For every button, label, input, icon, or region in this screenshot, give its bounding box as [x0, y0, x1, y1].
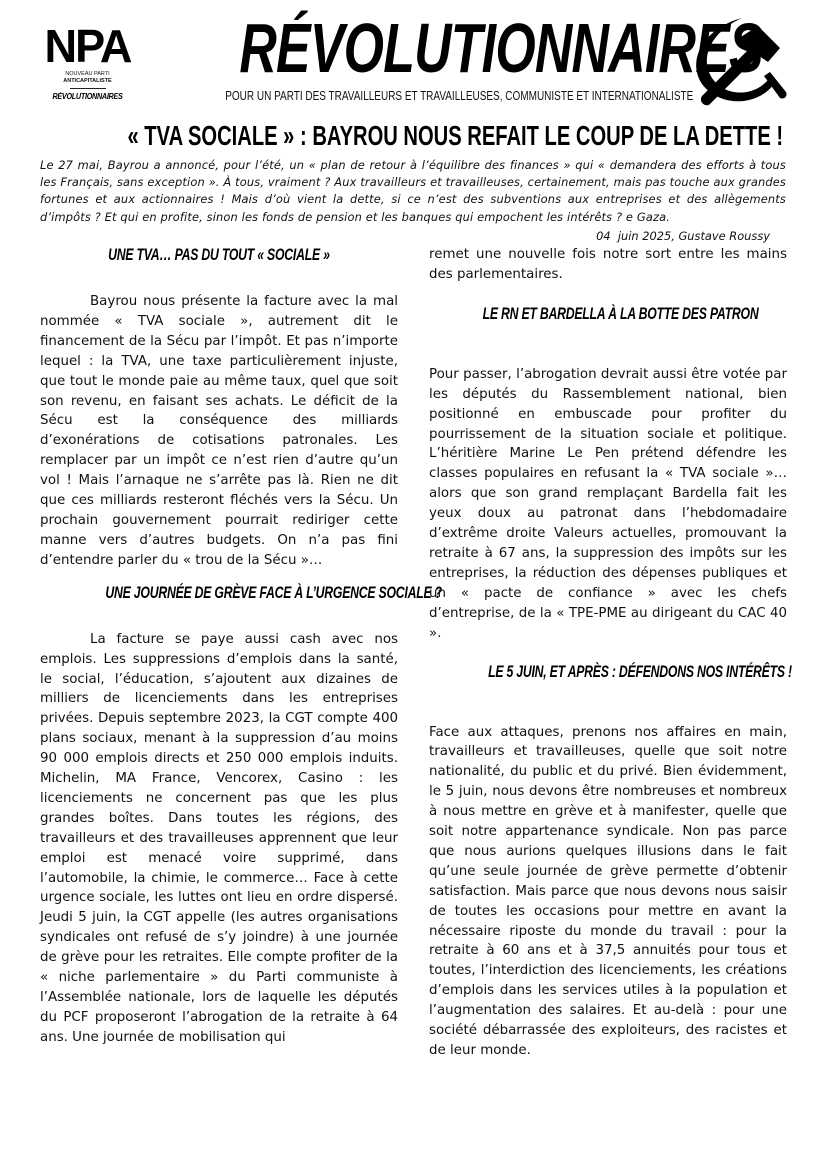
npa-logo: NPA NOUVEAU PARTI ANTICAPITALISTE RÉVOLU…: [40, 24, 135, 102]
article-headline: « TVA SOCIALE » : BAYROU NOUS REFAIT LE …: [0, 120, 826, 152]
section-body-continued: remet une nouvelle fois notre sort entre…: [429, 245, 787, 285]
logo-line-3: RÉVOLUTIONNAIRES: [45, 92, 131, 102]
masthead: RÉVOLUTIONNAIRES POUR UN PARTI DES TRAVA…: [178, 10, 650, 104]
logo-divider: [70, 88, 106, 89]
section-body: Face aux attaques, prenons nos affaires …: [429, 723, 787, 1061]
masthead-subtitle: POUR UN PARTI DES TRAVAILLEURS ET TRAVAI…: [225, 88, 603, 104]
dateline: 04 juin 2025, Gustave Roussy: [450, 228, 770, 245]
section-title: LE RN ET BARDELLA À LA BOTTE DES PATRON: [429, 302, 787, 332]
headline-text: « TVA SOCIALE » : BAYROU NOUS REFAIT LE …: [127, 120, 783, 152]
logo-line-1: NOUVEAU PARTI: [40, 71, 135, 78]
masthead-title: RÉVOLUTIONNAIRES: [239, 10, 588, 86]
section-title: UNE TVA… PAS DU TOUT « SOCIALE »: [40, 243, 398, 273]
right-column: remet une nouvelle fois notre sort entre…: [429, 245, 787, 1061]
logo-acronym: NPA: [41, 24, 134, 68]
section-body: Pour passer, l’abrogation devrait aussi …: [429, 365, 787, 644]
hammer-and-sickle-icon: [690, 14, 790, 106]
article-lede: Le 27 mai, Bayrou a annoncé, pour l’été,…: [40, 157, 786, 226]
section-title: LE 5 JUIN, ET APRÈS : DÉFENDONS NOS INTÉ…: [429, 660, 787, 690]
logo-line-2: ANTICAPITALISTE: [40, 78, 135, 85]
left-column: UNE TVA… PAS DU TOUT « SOCIALE » Bayrou …: [40, 243, 398, 1048]
section-body: Bayrou nous présente la facture avec la …: [40, 292, 398, 571]
section-title: UNE JOURNÉE DE GRÈVE FACE À L’URGENCE SO…: [40, 581, 398, 611]
section-body: La facture se paye aussi cash avec nos e…: [40, 630, 398, 1048]
page-header: NPA NOUVEAU PARTI ANTICAPITALISTE RÉVOLU…: [0, 0, 826, 118]
